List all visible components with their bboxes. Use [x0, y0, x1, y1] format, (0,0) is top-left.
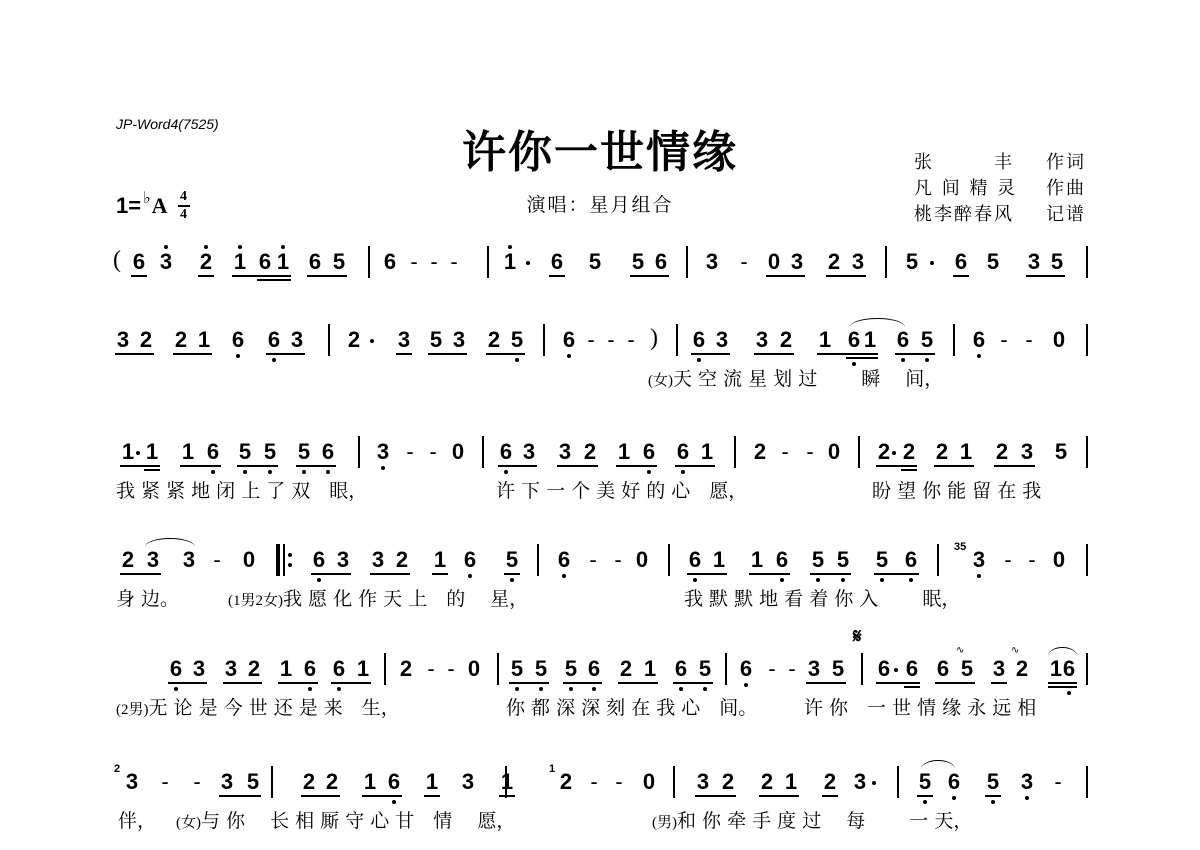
jianpu-note: 2	[1014, 657, 1030, 681]
beam-underline	[509, 682, 549, 684]
dash-sustain: -	[736, 250, 752, 274]
beam-underline	[168, 682, 207, 684]
barline	[668, 544, 670, 576]
dash-sustain: -	[446, 250, 462, 274]
jianpu-note: 5	[810, 548, 826, 572]
repeat-dot	[288, 563, 292, 567]
octave-low-dot	[236, 354, 240, 358]
jianpu-note: 2	[394, 548, 410, 572]
lyric-text: 你 都 深 深 刻 在 我 心 间。	[506, 697, 757, 719]
beam-underline	[180, 465, 221, 467]
barline	[271, 766, 273, 798]
jianpu-note: 6	[946, 770, 962, 794]
credit-name: 凡 间 精 灵	[914, 176, 1017, 202]
jianpu-note: 6	[168, 657, 184, 681]
jianpu-note: 6	[386, 770, 402, 794]
barline	[482, 436, 484, 468]
jianpu-note: 1	[432, 548, 448, 572]
octave-low-dot	[272, 358, 276, 362]
beam-underline	[876, 465, 917, 467]
octave-low-dot	[592, 687, 596, 691]
lyric-text: 和 你 牵 手 度 过 每 一 天，	[677, 810, 972, 832]
dash-sustain: -	[802, 440, 818, 464]
jianpu-note: 2	[558, 770, 574, 794]
jianpu-note: 1	[817, 328, 833, 352]
jianpu-note: 5	[830, 657, 846, 681]
lyric-text: 我 紧 紧 地 闭 上 了 双 眼，	[116, 480, 367, 502]
jianpu-note: 3	[115, 328, 131, 352]
jianpu-note: 3	[1019, 770, 1035, 794]
beam-underline	[934, 465, 974, 467]
barline	[505, 766, 507, 798]
octave-low-dot	[909, 578, 913, 582]
beam-underline	[691, 353, 730, 355]
octave-low-dot	[539, 687, 543, 691]
beam-underline	[549, 275, 565, 277]
jianpu-note: 3	[971, 548, 987, 572]
jianpu-note: 5	[919, 328, 935, 352]
lyric-line: 我 默 默 地 看 着 你 入 眠，	[684, 584, 960, 611]
jianpu-note: 1	[711, 548, 727, 572]
beam-underline	[237, 465, 278, 467]
beam-underline	[876, 682, 920, 684]
jianpu-note: 6	[266, 328, 282, 352]
jianpu-note: 5	[563, 657, 579, 681]
credit-composer: 凡 间 精 灵 作曲	[914, 176, 1086, 202]
jianpu-note: 2	[398, 657, 414, 681]
credit-name: 张 丰	[914, 150, 1014, 176]
beam-underline	[396, 353, 412, 355]
dash-sustain: -	[1021, 328, 1037, 352]
barline	[1086, 653, 1088, 685]
rest-note: 0	[1051, 548, 1067, 572]
beam-underline	[198, 275, 214, 277]
beam-underline	[991, 682, 1007, 684]
jianpu-note: 3	[806, 657, 822, 681]
octave-low-dot	[337, 687, 341, 691]
beam-underline	[846, 357, 878, 359]
octave-low-dot	[647, 470, 651, 474]
jianpu-note: 5	[504, 548, 520, 572]
key-note: A	[152, 193, 168, 219]
octave-low-dot	[468, 574, 472, 578]
octave-low-dot	[923, 800, 927, 804]
octave-low-dot	[381, 466, 385, 470]
octave-low-dot	[562, 574, 566, 578]
jianpu-note: 3	[521, 440, 537, 464]
jianpu-note: 5	[917, 770, 933, 794]
jianpu-note: 5	[296, 440, 312, 464]
octave-low-dot	[504, 470, 508, 474]
jianpu-note: 1	[355, 657, 371, 681]
beam-underline	[994, 465, 1035, 467]
beam-underline	[904, 686, 920, 688]
jianpu-note: 3	[145, 548, 161, 572]
octave-low-dot	[211, 470, 215, 474]
octave-high-dot	[164, 245, 168, 249]
jianpu-note: 3	[460, 770, 476, 794]
dash-sustain: -	[443, 657, 459, 681]
voice-part-tag: (男)	[652, 815, 677, 831]
octave-low-dot	[1067, 691, 1071, 695]
beam-underline	[486, 353, 525, 355]
beam-underline	[498, 465, 537, 467]
barline	[953, 324, 955, 356]
dash-sustain: -	[603, 328, 619, 352]
octave-low-dot	[243, 470, 247, 474]
octave-low-dot	[515, 687, 519, 691]
beam-underline	[754, 353, 794, 355]
beam-underline	[874, 573, 919, 575]
beam-underline	[120, 465, 160, 467]
beam-underline	[630, 275, 669, 277]
jianpu-note: 6	[311, 548, 327, 572]
jianpu-note: 2	[901, 440, 917, 464]
lyric-line: 身 边。	[116, 584, 179, 611]
jianpu-note: 6	[382, 250, 398, 274]
octave-low-dot	[317, 578, 321, 582]
jianpu-note: 6	[1061, 657, 1077, 681]
barline	[885, 246, 887, 278]
credit-lyricist: 张 丰 作词	[914, 150, 1086, 176]
grace-note: 2	[114, 764, 120, 775]
barline	[937, 544, 939, 576]
jianpu-note: 5	[1053, 440, 1069, 464]
jianpu-note: 2	[324, 770, 340, 794]
beam-underline	[557, 465, 598, 467]
octave-low-dot	[991, 800, 995, 804]
beam-underline	[257, 279, 291, 281]
octave-low-dot	[569, 687, 573, 691]
beam-underline	[266, 353, 305, 355]
jianpu-note: 2	[778, 328, 794, 352]
lyric-text: 我 愿 化 作 天 上 的 星，	[283, 588, 528, 610]
barline	[734, 436, 736, 468]
lyric-line: (女)天 空 流 星 划 过 瞬 间，	[648, 364, 943, 391]
beam-underline	[749, 573, 790, 575]
jianpu-note: 5	[237, 440, 253, 464]
jianpu-note: 5	[331, 250, 347, 274]
dash-sustain: -	[996, 328, 1012, 352]
jianpu-note: 2	[301, 770, 317, 794]
jianpu-note: 3	[1026, 250, 1042, 274]
jianpu-note: 3	[754, 328, 770, 352]
credit-role: 记谱	[1046, 202, 1086, 228]
octave-low-dot	[1025, 796, 1029, 800]
augmentation-dot	[526, 261, 530, 265]
rest-note: 0	[1051, 328, 1067, 352]
key-prefix: 1=	[116, 193, 141, 219]
grace-note: 35	[954, 542, 966, 553]
octave-high-dot	[281, 245, 285, 249]
rest-note: 0	[466, 657, 482, 681]
beam-underline	[307, 275, 347, 277]
augmentation-dot	[930, 261, 934, 265]
beam-underline	[278, 682, 318, 684]
barline	[497, 653, 499, 685]
key-signature: 1= ♭ A 4 4	[116, 190, 190, 222]
voice-part-tag: (1男2女)	[228, 593, 283, 609]
barline	[543, 324, 545, 356]
jianpu-note: 2	[486, 328, 502, 352]
beam-underline	[131, 275, 147, 277]
jianpu-note: 5	[697, 657, 713, 681]
octave-low-dot	[567, 354, 571, 358]
octave-low-dot	[392, 800, 396, 804]
jianpu-note: 6	[774, 548, 790, 572]
beam-underline	[806, 682, 846, 684]
lyric-text: 天 空 流 星 划 过 瞬 间，	[673, 368, 943, 390]
jianpu-note: 5	[904, 250, 920, 274]
barline	[1086, 436, 1088, 468]
beam-underline	[673, 682, 713, 684]
octave-low-dot	[268, 470, 272, 474]
jianpu-note: 3	[991, 657, 1007, 681]
lyric-text: 我 默 默 地 看 着 你 入 眠，	[684, 588, 960, 610]
voice-part-tag: (女)	[648, 373, 673, 389]
jianpu-note: 1	[642, 657, 658, 681]
beam-underline	[695, 795, 736, 797]
beam-underline	[120, 573, 161, 575]
jianpu-note: 3	[789, 250, 805, 274]
jianpu-note: 1	[616, 440, 632, 464]
rest-note: 0	[766, 250, 782, 274]
rest-note: 0	[450, 440, 466, 464]
beam-underline	[504, 573, 520, 575]
dash-sustain: -	[586, 770, 602, 794]
jianpu-note: 6	[846, 328, 862, 352]
jianpu-note: 1	[499, 770, 515, 794]
credit-name: 桃李醉春风	[914, 202, 1014, 228]
jianpu-note: 3	[852, 770, 868, 794]
lyric-line: 许 你 一 世 情 缘 永 远 相	[804, 693, 1036, 720]
beam-underline	[173, 353, 212, 355]
octave-low-dot	[977, 574, 981, 578]
dash-sustain: -	[402, 440, 418, 464]
jianpu-note: 6	[307, 250, 323, 274]
lyric-line: 伴，	[118, 806, 156, 833]
jianpu-note: 3	[124, 770, 140, 794]
jianpu-note: 1	[749, 548, 765, 572]
jianpu-note: 6	[641, 440, 657, 464]
jianpu-note: 6	[320, 440, 336, 464]
jianpu-note: 2	[876, 440, 892, 464]
augmentation-dot	[136, 451, 140, 455]
segno-icon: 𝄋	[853, 624, 862, 648]
barline	[1086, 324, 1088, 356]
octave-high-dot	[204, 245, 208, 249]
jianpu-note: 2	[752, 440, 768, 464]
jianpu-note: 6	[131, 250, 147, 274]
barline	[358, 436, 360, 468]
jianpu-note: 6	[687, 548, 703, 572]
augmentation-dot	[872, 781, 876, 785]
jianpu-note: 6	[675, 440, 691, 464]
barline	[861, 653, 863, 685]
jianpu-note: 1	[180, 440, 196, 464]
jianpu-note: 3	[1019, 440, 1035, 464]
augmentation-dot	[894, 668, 898, 672]
dash-sustain: -	[777, 440, 793, 464]
octave-low-dot	[703, 687, 707, 691]
beam-underline	[223, 682, 262, 684]
octave-low-dot	[693, 578, 697, 582]
jianpu-note: 2	[720, 770, 736, 794]
augmentation-dot	[370, 339, 374, 343]
barline	[368, 246, 370, 278]
barline	[686, 246, 688, 278]
jianpu-note: 6	[331, 657, 347, 681]
lyric-text: 与 你 长 相 厮 守 心 甘 情 愿，	[201, 810, 515, 832]
octave-low-dot	[302, 470, 306, 474]
jianpu-note: 1	[144, 440, 160, 464]
beam-underline	[370, 573, 410, 575]
jianpu-note: 3	[191, 657, 207, 681]
beam-underline	[917, 795, 933, 797]
jianpu-note: 6	[673, 657, 689, 681]
credits-block: 张 丰 作词 凡 间 精 灵 作曲 桃李醉春风 记谱	[914, 150, 1086, 228]
bracket-paren: )	[650, 325, 658, 352]
octave-low-dot	[977, 354, 981, 358]
beam-underline	[1048, 682, 1077, 684]
lyric-line: (女)与 你 长 相 厮 守 心 甘 情 愿，	[176, 806, 515, 833]
barline	[1086, 246, 1088, 278]
jianpu-note: 3	[714, 328, 730, 352]
jianpu-note: 6	[498, 440, 514, 464]
jianpu-note: 3	[335, 548, 351, 572]
flat-icon: ♭	[143, 188, 151, 208]
jianpu-note: 1	[196, 328, 212, 352]
beam-underline	[232, 275, 291, 277]
beam-underline	[331, 682, 371, 684]
jianpu-note: 5	[985, 770, 1001, 794]
barline	[725, 653, 727, 685]
lyric-text: 身 边。	[116, 588, 179, 610]
barline	[1086, 766, 1088, 798]
jianpu-note: 3	[223, 657, 239, 681]
lyric-text: 无 论 是 今 世 还 是 来 生，	[149, 697, 400, 719]
lyric-line: (男)和 你 牵 手 度 过 每 一 天，	[652, 806, 972, 833]
jianpu-note: 5	[587, 250, 603, 274]
dash-sustain: -	[585, 548, 601, 572]
rest-note: 0	[641, 770, 657, 794]
jianpu-note: 3	[370, 548, 386, 572]
jianpu-note: 5	[509, 657, 525, 681]
octave-low-dot	[925, 358, 929, 362]
jianpu-note: 6	[691, 328, 707, 352]
jianpu-note: 2	[120, 548, 136, 572]
dash-sustain: -	[610, 548, 626, 572]
barline	[676, 324, 678, 356]
lyric-line: 许 下 一 个 美 好 的 心 愿，	[496, 476, 747, 503]
jianpu-note: 6	[561, 328, 577, 352]
beam-underline	[817, 353, 878, 355]
beam-underline	[1026, 275, 1065, 277]
dash-sustain: -	[784, 657, 800, 681]
lyric-line: (2男)无 论 是 今 世 还 是 来 生，	[116, 693, 400, 720]
jianpu-note: 6	[586, 657, 602, 681]
octave-low-dot	[816, 578, 820, 582]
jianpu-note: 5	[245, 770, 261, 794]
jianpu-note: 6	[205, 440, 221, 464]
rest-note: 0	[241, 548, 257, 572]
lyric-text: 许 下 一 个 美 好 的 心 愿，	[496, 480, 747, 502]
lyric-line: 你 都 深 深 刻 在 我 心 间。	[506, 693, 757, 720]
dash-sustain: -	[157, 770, 173, 794]
beam-underline	[1048, 686, 1077, 688]
augmentation-dot	[892, 451, 896, 455]
dash-sustain: -	[406, 250, 422, 274]
jianpu-note: 3	[850, 250, 866, 274]
beam-underline	[219, 795, 261, 797]
slur-tie	[1048, 647, 1077, 656]
credit-role: 作曲	[1046, 176, 1086, 202]
lyric-line: 盼 望 你 能 留 在 我	[872, 476, 1041, 503]
jianpu-note: 1	[278, 657, 294, 681]
jianpu-note: 2	[346, 328, 362, 352]
barline	[487, 246, 489, 278]
beam-underline	[935, 682, 975, 684]
jianpu-note: 2	[994, 440, 1010, 464]
voice-part-tag: (女)	[176, 815, 201, 831]
jianpu-note: 1	[699, 440, 715, 464]
jianpu-note: 1	[424, 770, 440, 794]
beam-underline	[616, 465, 657, 467]
jianpu-note: 2	[618, 657, 634, 681]
jianpu-note: 6	[953, 250, 969, 274]
jianpu-note: 2	[826, 250, 842, 274]
jianpu-note: 6	[462, 548, 478, 572]
jianpu-note: 5	[985, 250, 1001, 274]
credit-role: 作词	[1046, 150, 1086, 176]
lyric-text: 伴，	[118, 810, 156, 832]
jianpu-note: 6	[230, 328, 246, 352]
jianpu-note: 1	[958, 440, 974, 464]
octave-low-dot	[174, 687, 178, 691]
beam-underline	[296, 465, 336, 467]
jianpu-note: 6	[876, 657, 892, 681]
octave-low-dot	[901, 358, 905, 362]
jianpu-note: 6	[903, 548, 919, 572]
dash-sustain: -	[189, 770, 205, 794]
dash-sustain: -	[623, 328, 639, 352]
beam-underline	[826, 275, 866, 277]
jianpu-note: 1	[362, 770, 378, 794]
lyric-line: (1男2女)我 愿 化 作 天 上 的 星，	[228, 584, 528, 611]
time-denominator: 4	[180, 208, 187, 222]
octave-low-dot	[515, 358, 519, 362]
bracket-paren: (	[113, 247, 121, 274]
jianpu-note: 6	[556, 548, 572, 572]
octave-low-dot	[510, 578, 514, 582]
jianpu-note: 2	[934, 440, 950, 464]
barline	[384, 653, 386, 685]
mordent-icon: ∿	[1011, 645, 1017, 656]
jianpu-note: 6	[257, 250, 273, 274]
jianpu-note: 3	[695, 770, 711, 794]
beam-underline	[424, 795, 440, 797]
slur-tie	[145, 538, 195, 547]
dash-sustain: -	[764, 657, 780, 681]
jianpu-note: 3	[451, 328, 467, 352]
jianpu-note: 5	[428, 328, 444, 352]
barline	[673, 766, 675, 798]
jianpu-note: 1	[783, 770, 799, 794]
repeat-start-thick	[276, 544, 280, 576]
octave-low-dot	[744, 683, 748, 687]
lyric-text: 许 你 一 世 情 缘 永 远 相	[804, 697, 1036, 719]
dash-sustain: -	[426, 250, 442, 274]
